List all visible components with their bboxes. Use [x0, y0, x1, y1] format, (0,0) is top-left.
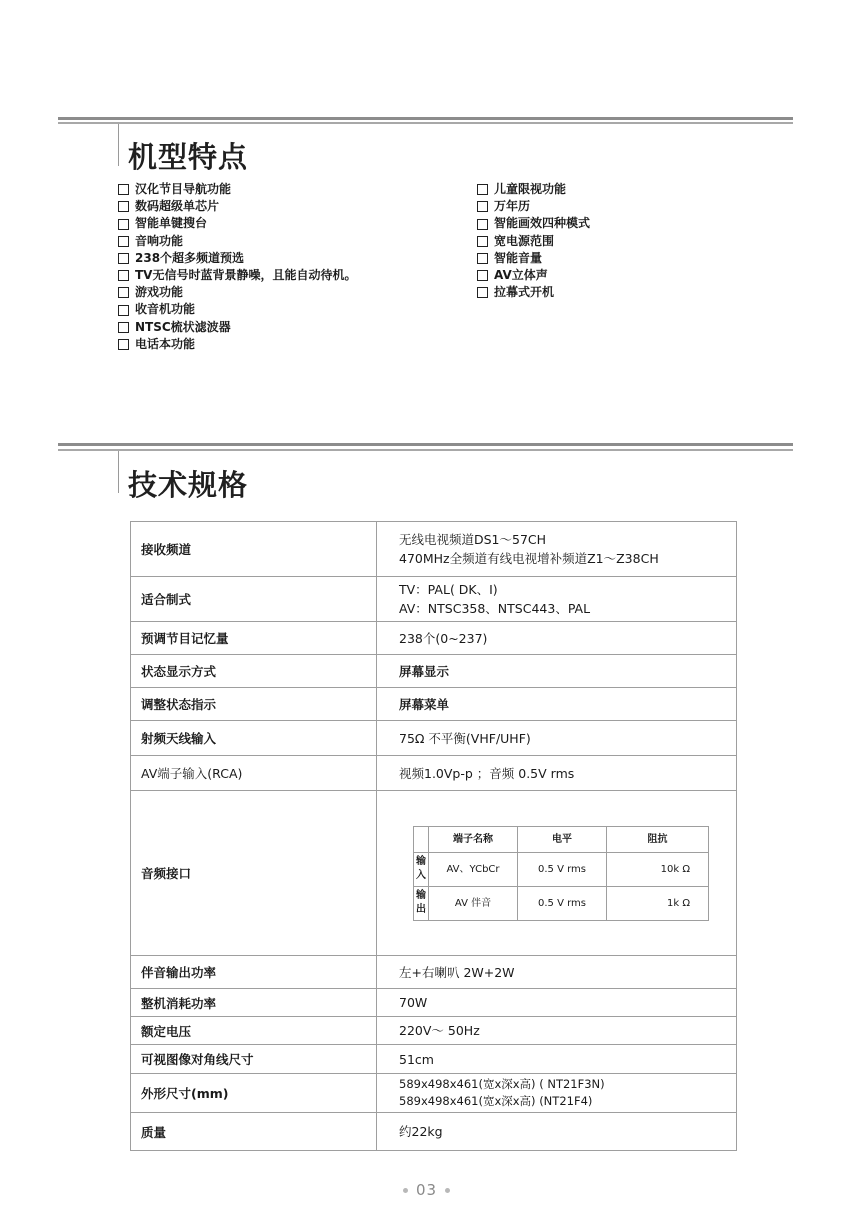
- inner-cell: 0.5 V rms: [518, 886, 607, 920]
- spec-value: 屏幕菜单: [377, 688, 737, 721]
- spec-value: 屏幕显示: [377, 655, 737, 688]
- spec-table: 接收频道 无线电视频道DS1～57CH470MHz全频道有线电视增补频道Z1～Z…: [130, 521, 737, 1151]
- feature-item: 儿童限视功能: [477, 181, 590, 198]
- feature-item: 宽电源范围: [477, 233, 590, 250]
- feature-item: 汉化节目导航功能: [118, 181, 356, 198]
- checkbox-icon: [477, 184, 488, 195]
- feature-item: 智能音量: [477, 250, 590, 267]
- inner-header-cell: [414, 826, 429, 852]
- bullet-dot-icon: [445, 1188, 450, 1193]
- table-row: 整机消耗功率 70W: [131, 989, 737, 1017]
- features-list-left: 汉化节目导航功能 数码超级单芯片 智能单键搜台 音响功能 238个超多频道预选 …: [118, 181, 356, 353]
- inner-cell: 1k Ω: [607, 886, 709, 920]
- feature-item: 音响功能: [118, 233, 356, 250]
- inner-header-cell: 阻抗: [607, 826, 709, 852]
- section-divider-top: [58, 443, 793, 446]
- spec-label: 整机消耗功率: [131, 989, 377, 1017]
- table-row: 伴音输出功率 左+右喇叭 2W+2W: [131, 956, 737, 989]
- spec-value: 70W: [377, 989, 737, 1017]
- checkbox-icon: [477, 219, 488, 230]
- inner-side-label: 输出: [414, 886, 429, 920]
- feature-item: 万年历: [477, 198, 590, 215]
- spec-label: AV端子输入(RCA): [131, 756, 377, 791]
- feature-item: 数码超级单芯片: [118, 198, 356, 215]
- section-title-features: 机型特点: [128, 135, 248, 176]
- inner-cell: 0.5 V rms: [518, 852, 607, 886]
- spec-value: 约22kg: [377, 1113, 737, 1151]
- spec-value: 238个(0~237): [377, 622, 737, 655]
- table-row: AV端子输入(RCA) 视频1.0Vp-p ；音频 0.5V rms: [131, 756, 737, 791]
- feature-item: 238个超多频道预选: [118, 250, 356, 267]
- table-row: 适合制式 TV：PAL( DK、I)AV：NTSC358、NTSC443、PAL: [131, 577, 737, 622]
- bullet-dot-icon: [403, 1188, 408, 1193]
- table-row: 接收频道 无线电视频道DS1～57CH470MHz全频道有线电视增补频道Z1～Z…: [131, 522, 737, 577]
- spec-label: 外形尺寸(mm): [131, 1074, 377, 1113]
- feature-item: 电话本功能: [118, 336, 356, 353]
- table-row: 音频接口 端子名称 电平 阻抗 输入 AV、YCbCr 0.5 V rms 10…: [131, 791, 737, 956]
- feature-item: TV无信号时蓝背景静噪，且能自动待机。: [118, 267, 356, 284]
- page-number: 03: [0, 1181, 853, 1199]
- spec-label: 质量: [131, 1113, 377, 1151]
- checkbox-icon: [477, 253, 488, 264]
- section-title-specs: 技术规格: [128, 463, 248, 504]
- inner-cell: 10k Ω: [607, 852, 709, 886]
- checkbox-icon: [118, 339, 129, 350]
- inner-header-cell: 电平: [518, 826, 607, 852]
- feature-item: NTSC梳状滤波器: [118, 319, 356, 336]
- checkbox-icon: [118, 184, 129, 195]
- checkbox-icon: [477, 201, 488, 212]
- section-divider-bottom: [58, 449, 793, 451]
- inner-table-row: 输入 AV、YCbCr 0.5 V rms 10k Ω: [414, 852, 709, 886]
- table-row: 状态显示方式 屏幕显示: [131, 655, 737, 688]
- section-marker-line: [118, 124, 119, 166]
- table-row: 调整状态指示 屏幕菜单: [131, 688, 737, 721]
- checkbox-icon: [118, 270, 129, 281]
- feature-item: 收音机功能: [118, 301, 356, 318]
- spec-value: 左+右喇叭 2W+2W: [377, 956, 737, 989]
- spec-value: TV：PAL( DK、I)AV：NTSC358、NTSC443、PAL: [377, 577, 737, 622]
- checkbox-icon: [477, 287, 488, 298]
- inner-cell: AV 伴音: [429, 886, 518, 920]
- table-row: 射频天线输入 75Ω 不平衡(VHF/UHF): [131, 721, 737, 756]
- section-divider-bottom: [58, 122, 793, 124]
- audio-interface-table: 端子名称 电平 阻抗 输入 AV、YCbCr 0.5 V rms 10k Ω 输…: [413, 826, 709, 921]
- checkbox-icon: [118, 236, 129, 247]
- checkbox-icon: [118, 201, 129, 212]
- spec-label: 调整状态指示: [131, 688, 377, 721]
- checkbox-icon: [118, 219, 129, 230]
- checkbox-icon: [477, 236, 488, 247]
- inner-table-row: 输出 AV 伴音 0.5 V rms 1k Ω: [414, 886, 709, 920]
- table-row: 质量 约22kg: [131, 1113, 737, 1151]
- inner-header-cell: 端子名称: [429, 826, 518, 852]
- spec-label: 伴音输出功率: [131, 956, 377, 989]
- spec-value: 589x498x461(宽x深x高) ( NT21F3N)589x498x461…: [377, 1074, 737, 1113]
- checkbox-icon: [477, 270, 488, 281]
- checkbox-icon: [118, 322, 129, 333]
- checkbox-icon: [118, 287, 129, 298]
- spec-label: 音频接口: [131, 791, 377, 956]
- section-divider-top: [58, 117, 793, 120]
- table-row: 可视图像对角线尺寸 51cm: [131, 1045, 737, 1074]
- feature-item: 游戏功能: [118, 284, 356, 301]
- feature-item: 智能单键搜台: [118, 215, 356, 232]
- inner-table-header: 端子名称 电平 阻抗: [414, 826, 709, 852]
- feature-item: 拉幕式开机: [477, 284, 590, 301]
- spec-value: 220V～ 50Hz: [377, 1017, 737, 1045]
- spec-value: 无线电视频道DS1～57CH470MHz全频道有线电视增补频道Z1～Z38CH: [377, 522, 737, 577]
- spec-label: 适合制式: [131, 577, 377, 622]
- spec-label: 状态显示方式: [131, 655, 377, 688]
- spec-label: 接收频道: [131, 522, 377, 577]
- checkbox-icon: [118, 253, 129, 264]
- table-row: 外形尺寸(mm) 589x498x461(宽x深x高) ( NT21F3N)58…: [131, 1074, 737, 1113]
- inner-cell: AV、YCbCr: [429, 852, 518, 886]
- table-row: 额定电压 220V～ 50Hz: [131, 1017, 737, 1045]
- inner-side-label: 输入: [414, 852, 429, 886]
- spec-value: 51cm: [377, 1045, 737, 1074]
- spec-value: 75Ω 不平衡(VHF/UHF): [377, 721, 737, 756]
- spec-label: 可视图像对角线尺寸: [131, 1045, 377, 1074]
- features-list-right: 儿童限视功能 万年历 智能画效四种模式 宽电源范围 智能音量 AV立体声 拉幕式…: [477, 181, 590, 301]
- spec-value: 端子名称 电平 阻抗 输入 AV、YCbCr 0.5 V rms 10k Ω 输…: [377, 791, 737, 956]
- spec-label: 射频天线输入: [131, 721, 377, 756]
- spec-value: 视频1.0Vp-p ；音频 0.5V rms: [377, 756, 737, 791]
- section-marker-line: [118, 451, 119, 493]
- feature-item: 智能画效四种模式: [477, 215, 590, 232]
- table-row: 预调节目记忆量 238个(0~237): [131, 622, 737, 655]
- feature-item: AV立体声: [477, 267, 590, 284]
- spec-label: 预调节目记忆量: [131, 622, 377, 655]
- checkbox-icon: [118, 305, 129, 316]
- spec-label: 额定电压: [131, 1017, 377, 1045]
